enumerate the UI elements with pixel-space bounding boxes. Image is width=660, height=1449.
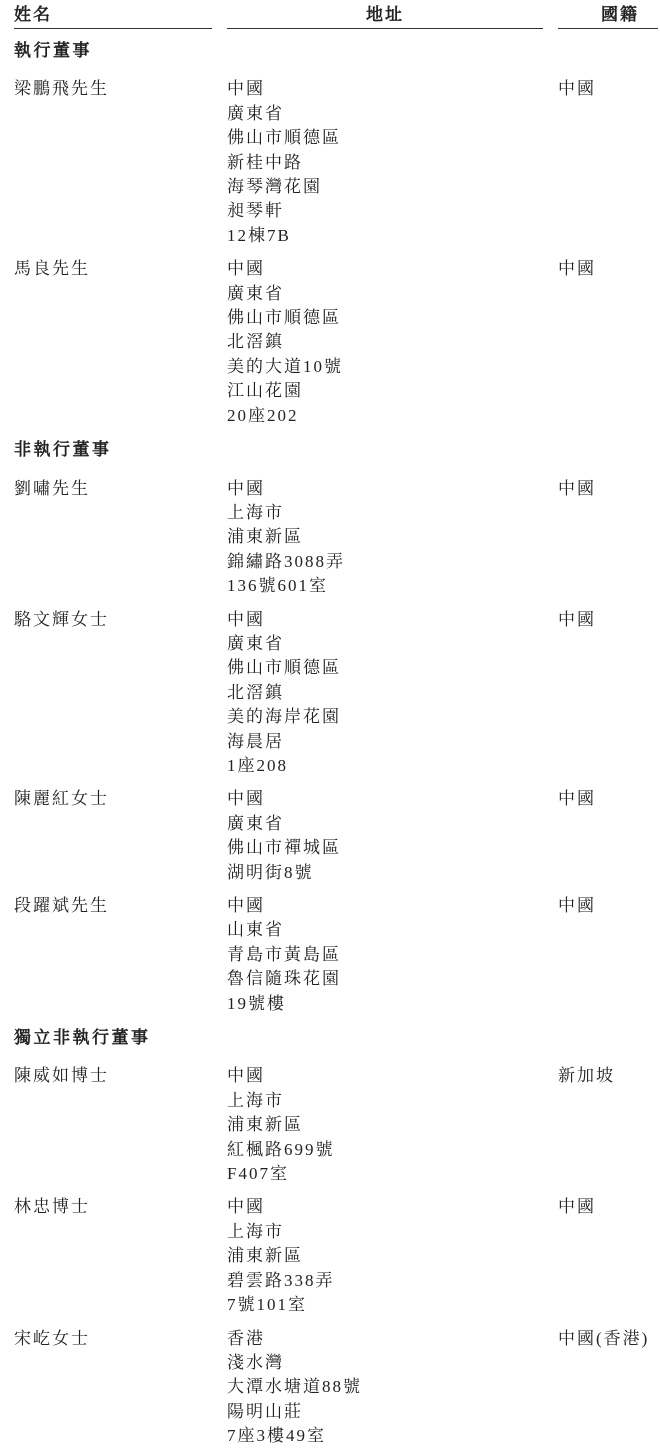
- director-row: 梁鵬飛先生 中國 廣東省 佛山市順德區 新桂中路 海琴灣花園 昶琴軒 12棟7B…: [14, 77, 658, 248]
- address-line: 中國: [227, 477, 543, 501]
- address-line: 中國: [227, 608, 543, 632]
- director-row: 宋屹女士 香港 淺水灣 大潭水塘道88號 陽明山莊 7座3樓49室 中國(香港): [14, 1327, 658, 1449]
- director-row: 劉嘯先生 中國 上海市 浦東新區 錦繡路3088弄 136號601室 中國: [14, 477, 658, 599]
- table-header-row: 姓名 地址 國籍: [14, 0, 658, 29]
- address-line: 中國: [227, 1064, 543, 1088]
- address-line: 美的大道10號: [227, 355, 543, 379]
- column-gap: [543, 5, 558, 29]
- director-row: 陳威如博士 中國 上海市 浦東新區 紅楓路699號 F407室 新加坡: [14, 1064, 658, 1186]
- director-nationality: 中國: [558, 477, 658, 501]
- address-line: 青島市黃島區: [227, 943, 543, 967]
- address-line: 20座202: [227, 404, 543, 428]
- address-line: 中國: [227, 1195, 543, 1219]
- address-line: 上海市: [227, 1220, 543, 1244]
- address-line: 昶琴軒: [227, 199, 543, 223]
- column-gap: [543, 1195, 558, 1317]
- column-gap: [212, 787, 227, 885]
- column-gap: [212, 77, 227, 248]
- column-gap: [543, 608, 558, 779]
- director-address: 中國 廣東省 佛山市禪城區 湖明街8號: [227, 787, 543, 885]
- column-gap: [543, 1064, 558, 1186]
- director-name: 宋屹女士: [14, 1327, 212, 1351]
- address-line: 中國: [227, 77, 543, 101]
- address-line: 北滘鎮: [227, 681, 543, 705]
- column-gap: [543, 894, 558, 1016]
- address-line: 上海市: [227, 1089, 543, 1113]
- address-line: 錦繡路3088弄: [227, 550, 543, 574]
- director-name: 梁鵬飛先生: [14, 77, 212, 101]
- section-heading-non-executive-directors: 非執行董事: [14, 438, 658, 462]
- address-line: 136號601室: [227, 574, 543, 598]
- address-line: 7號101室: [227, 1293, 543, 1317]
- director-address: 香港 淺水灣 大潭水塘道88號 陽明山莊 7座3樓49室: [227, 1327, 543, 1449]
- address-line: 浦東新區: [227, 525, 543, 549]
- address-line: 湖明街8號: [227, 861, 543, 885]
- director-address: 中國 上海市 浦東新區 紅楓路699號 F407室: [227, 1064, 543, 1186]
- address-line: 7座3樓49室: [227, 1424, 543, 1448]
- director-address: 中國 上海市 浦東新區 錦繡路3088弄 136號601室: [227, 477, 543, 599]
- column-gap: [212, 257, 227, 428]
- address-line: 廣東省: [227, 282, 543, 306]
- column-gap: [212, 1064, 227, 1186]
- director-address: 中國 廣東省 佛山市順德區 北滘鎮 美的海岸花園 海晨居 1座208: [227, 608, 543, 779]
- column-header-nationality: 國籍: [558, 5, 658, 29]
- address-line: 海晨居: [227, 730, 543, 754]
- director-name: 陳麗紅女士: [14, 787, 212, 811]
- address-line: 19號樓: [227, 992, 543, 1016]
- column-gap: [543, 787, 558, 885]
- address-line: 海琴灣花園: [227, 175, 543, 199]
- director-address: 中國 廣東省 佛山市順德區 新桂中路 海琴灣花園 昶琴軒 12棟7B: [227, 77, 543, 248]
- address-line: 中國: [227, 257, 543, 281]
- column-gap: [212, 894, 227, 1016]
- address-line: 佛山市順德區: [227, 126, 543, 150]
- column-gap: [543, 257, 558, 428]
- column-gap: [212, 608, 227, 779]
- director-name: 林忠博士: [14, 1195, 212, 1219]
- address-line: 新桂中路: [227, 151, 543, 175]
- director-nationality: 中國(香港): [558, 1327, 658, 1351]
- address-line: 佛山市順德區: [227, 306, 543, 330]
- directors-list-page: 姓名 地址 國籍 執行董事 梁鵬飛先生 中國 廣東省 佛山市順德區 新桂中路 海…: [0, 0, 660, 1449]
- column-header-name: 姓名: [14, 5, 212, 29]
- address-line: 北滘鎮: [227, 330, 543, 354]
- address-line: 江山花園: [227, 379, 543, 403]
- director-row: 陳麗紅女士 中國 廣東省 佛山市禪城區 湖明街8號 中國: [14, 787, 658, 885]
- director-address: 中國 上海市 浦東新區 碧雲路338弄 7號101室: [227, 1195, 543, 1317]
- column-gap: [212, 477, 227, 599]
- column-gap: [543, 77, 558, 248]
- column-gap: [212, 1327, 227, 1449]
- address-line: 中國: [227, 894, 543, 918]
- director-name: 劉嘯先生: [14, 477, 212, 501]
- column-gap: [212, 5, 227, 29]
- director-nationality: 新加坡: [558, 1064, 658, 1088]
- address-line: 廣東省: [227, 632, 543, 656]
- address-line: 魯信隨珠花園: [227, 967, 543, 991]
- director-name: 陳威如博士: [14, 1064, 212, 1088]
- director-nationality: 中國: [558, 1195, 658, 1219]
- address-line: 香港: [227, 1327, 543, 1351]
- address-line: 美的海岸花園: [227, 705, 543, 729]
- address-line: 1座208: [227, 754, 543, 778]
- address-line: 12棟7B: [227, 224, 543, 248]
- section-heading-executive-directors: 執行董事: [14, 39, 658, 63]
- address-line: 大潭水塘道88號: [227, 1375, 543, 1399]
- director-row: 馬良先生 中國 廣東省 佛山市順德區 北滘鎮 美的大道10號 江山花園 20座2…: [14, 257, 658, 428]
- address-line: 廣東省: [227, 102, 543, 126]
- column-gap: [212, 1195, 227, 1317]
- director-address: 中國 廣東省 佛山市順德區 北滘鎮 美的大道10號 江山花園 20座202: [227, 257, 543, 428]
- column-gap: [543, 477, 558, 599]
- director-row: 段躍斌先生 中國 山東省 青島市黃島區 魯信隨珠花園 19號樓 中國: [14, 894, 658, 1016]
- address-line: 陽明山莊: [227, 1400, 543, 1424]
- address-line: 浦東新區: [227, 1113, 543, 1137]
- column-header-address: 地址: [227, 5, 543, 29]
- address-line: F407室: [227, 1162, 543, 1186]
- address-line: 山東省: [227, 918, 543, 942]
- director-row: 駱文輝女士 中國 廣東省 佛山市順德區 北滘鎮 美的海岸花園 海晨居 1座208…: [14, 608, 658, 779]
- column-gap: [543, 1327, 558, 1449]
- director-nationality: 中國: [558, 894, 658, 918]
- address-line: 淺水灣: [227, 1351, 543, 1375]
- address-line: 浦東新區: [227, 1244, 543, 1268]
- address-line: 上海市: [227, 501, 543, 525]
- director-name: 駱文輝女士: [14, 608, 212, 632]
- director-nationality: 中國: [558, 787, 658, 811]
- director-name: 段躍斌先生: [14, 894, 212, 918]
- director-nationality: 中國: [558, 77, 658, 101]
- director-name: 馬良先生: [14, 257, 212, 281]
- director-nationality: 中國: [558, 608, 658, 632]
- director-row: 林忠博士 中國 上海市 浦東新區 碧雲路338弄 7號101室 中國: [14, 1195, 658, 1317]
- address-line: 紅楓路699號: [227, 1138, 543, 1162]
- address-line: 佛山市禪城區: [227, 836, 543, 860]
- director-address: 中國 山東省 青島市黃島區 魯信隨珠花園 19號樓: [227, 894, 543, 1016]
- address-line: 佛山市順德區: [227, 656, 543, 680]
- address-line: 中國: [227, 787, 543, 811]
- address-line: 碧雲路338弄: [227, 1269, 543, 1293]
- address-line: 廣東省: [227, 812, 543, 836]
- section-heading-independent-non-executive-directors: 獨立非執行董事: [14, 1026, 658, 1050]
- director-nationality: 中國: [558, 257, 658, 281]
